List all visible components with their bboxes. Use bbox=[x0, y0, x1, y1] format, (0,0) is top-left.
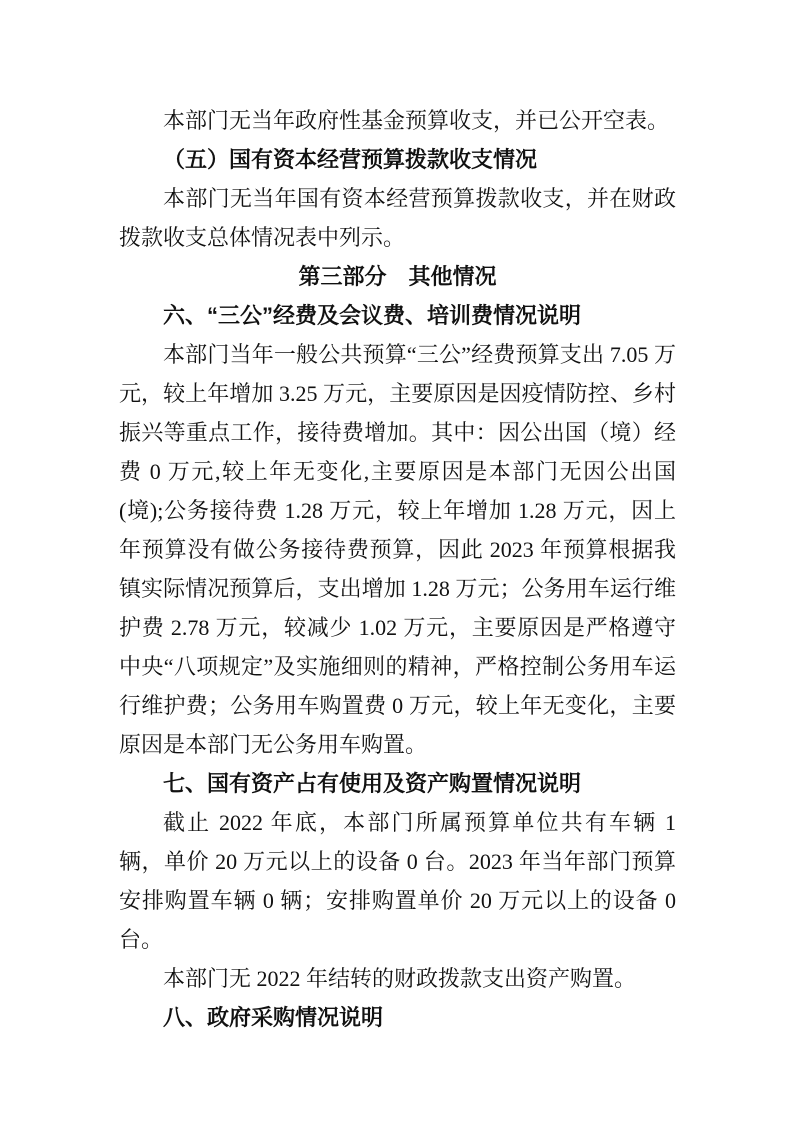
paragraph-state-assets-detail: 截止 2022 年底，本部门所属预算单位共有车辆 1 辆，单价 20 万元以上的… bbox=[119, 803, 676, 959]
paragraph-three-public-expenses-detail: 本部门当年一般公共预算“三公”经费预算支出 7.05 万元，较上年增加 3.25… bbox=[119, 335, 676, 764]
paragraph-no-govfund-budget: 本部门无当年政府性基金预算收支，并已公开空表。 bbox=[119, 101, 676, 140]
document-page: 本部门无当年政府性基金预算收支，并已公开空表。 （五）国有资本经营预算拨款收支情… bbox=[0, 0, 793, 1122]
part-title-other-information: 第三部分 其他情况 bbox=[119, 257, 676, 296]
document-body: 本部门无当年政府性基金预算收支，并已公开空表。 （五）国有资本经营预算拨款收支情… bbox=[119, 101, 676, 1037]
section-heading-government-procurement: 八、政府采购情况说明 bbox=[119, 998, 676, 1037]
paragraph-no-state-capital-budget: 本部门无当年国有资本经营预算拨款收支，并在财政拨款收支总体情况表中列示。 bbox=[119, 179, 676, 257]
section-heading-three-public-expenses: 六、“三公”经费及会议费、培训费情况说明 bbox=[119, 296, 676, 335]
section-heading-state-assets: 七、国有资产占有使用及资产购置情况说明 bbox=[119, 764, 676, 803]
subsection-heading-state-capital-budget: （五）国有资本经营预算拨款收支情况 bbox=[119, 140, 676, 179]
paragraph-no-carryover-asset-purchase: 本部门无 2022 年结转的财政拨款支出资产购置。 bbox=[119, 959, 676, 998]
